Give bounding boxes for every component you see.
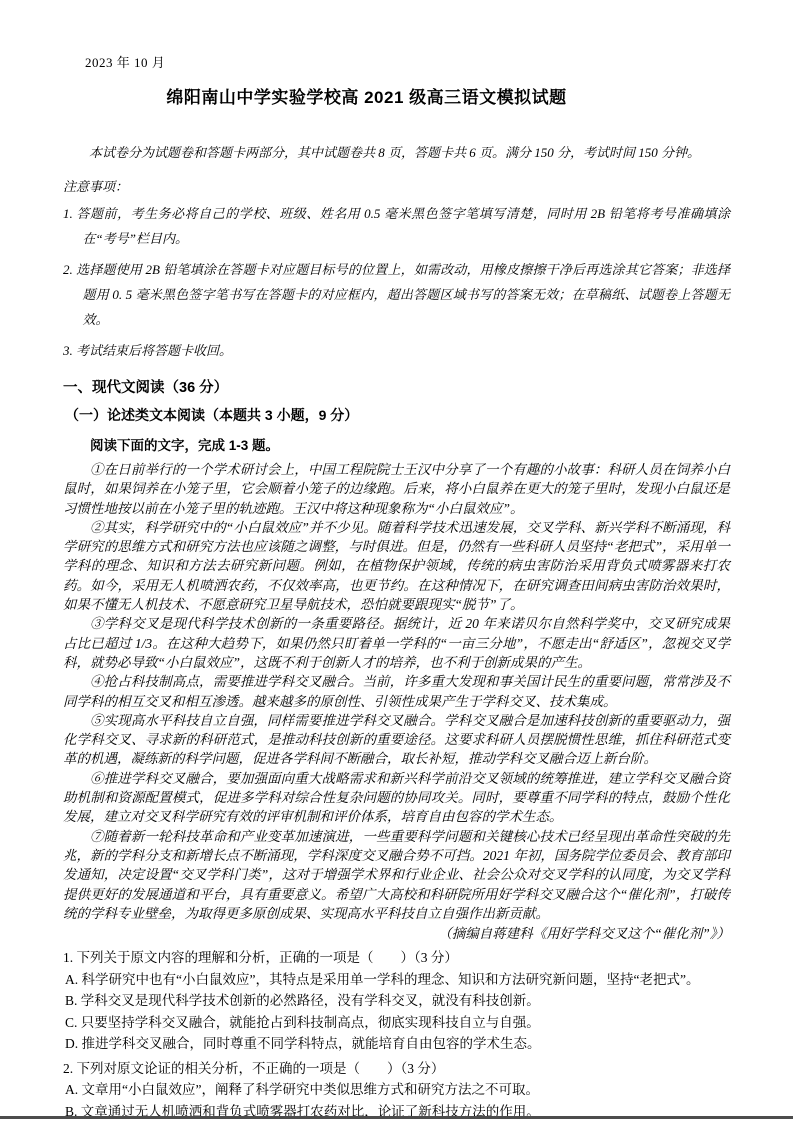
page-bottom-edge bbox=[0, 1116, 793, 1119]
passage-attribution: （摘编自蒋建科《用好学科交叉这个“催化剂”》） bbox=[63, 924, 730, 943]
notice-heading: 注意事项： bbox=[63, 176, 730, 195]
section-heading-modern-reading: 一、现代文阅读（36 分） bbox=[63, 376, 730, 397]
notice-item-2: 2. 选择题使用 2B 铅笔填涂在答题卡对应题目标号的位置上，如需改动，用橡皮擦… bbox=[63, 257, 730, 332]
question-2-stem: 2. 下列对原文论证的相关分析，不正确的一项是（ ）（3 分） bbox=[63, 1058, 730, 1080]
passage-paragraph-2: ②其实，科学研究中的“小白鼠效应”并不少见。随着科学技术迅速发展，交叉学科、新兴… bbox=[63, 518, 730, 614]
question-1-stem: 1. 下列关于原文内容的理解和分析，正确的一项是（ ）（3 分） bbox=[63, 947, 730, 969]
reading-passage: ①在日前举行的一个学术研讨会上，中国工程院院士王汉中分享了一个有趣的小故事：科研… bbox=[63, 460, 730, 943]
passage-paragraph-1: ①在日前举行的一个学术研讨会上，中国工程院院士王汉中分享了一个有趣的小故事：科研… bbox=[63, 460, 730, 518]
question-1-option-b: B. 学科交叉是现代科学技术创新的必然路径，没有学科交叉，就没有科技创新。 bbox=[65, 990, 730, 1012]
passage-paragraph-4: ④抢占科技制高点，需要推进学科交叉融合。当前，许多重大发现和事关国计民生的重要问… bbox=[63, 672, 730, 711]
subsection-heading-argumentative-text: （一）论述类文本阅读（本题共 3 小题，9 分） bbox=[65, 405, 730, 425]
question-list: 1. 下列关于原文内容的理解和分析，正确的一项是（ ）（3 分） A. 科学研究… bbox=[63, 947, 730, 1122]
passage-paragraph-3: ③学科交叉是现代科学技术创新的一条重要路径。据统计，近 20 年来诺贝尔自然科学… bbox=[63, 614, 730, 672]
question-1-option-d: D. 推进学科交叉融合，同时尊重不同学科特点，就能培育自由包容的学术生态。 bbox=[65, 1033, 730, 1055]
exam-date: 2023 年 10 月 bbox=[85, 52, 730, 71]
question-2-option-a: A. 文章用“小白鼠效应”，阐释了科学研究中类似思维方式和研究方法之不可取。 bbox=[65, 1079, 730, 1101]
passage-paragraph-6: ⑥推进学科交叉融合，要加强面向重大战略需求和新兴科学前沿交叉领域的统筹推进，建立… bbox=[63, 769, 730, 827]
passage-paragraph-7: ⑦随着新一轮科技革命和产业变革加速演进，一些重要科学问题和关键核心技术已经呈现出… bbox=[63, 827, 730, 923]
exam-intro: 本试卷分为试题卷和答题卡两部分，其中试题卷共 8 页，答题卡共 6 页。满分 1… bbox=[63, 142, 730, 163]
question-1-option-c: C. 只要坚持学科交叉融合，就能抢占到科技制高点，彻底实现科技自立与自强。 bbox=[65, 1012, 730, 1034]
question-1-option-a: A. 科学研究中也有“小白鼠效应”，其特点是采用单一学科的理念、知识和方法研究新… bbox=[65, 969, 730, 991]
notice-item-1: 1. 答题前，考生务必将自己的学校、班级、姓名用 0.5 毫米黑色签字笔填写清楚… bbox=[63, 201, 730, 251]
passage-paragraph-5: ⑤实现高水平科技自立自强，同样需要推进学科交叉融合。学科交叉融合是加速科技创新的… bbox=[63, 711, 730, 769]
notice-item-3: 3. 考试结束后将答题卡收回。 bbox=[63, 338, 730, 363]
reading-instruction: 阅读下面的文字，完成 1-3 题。 bbox=[63, 434, 730, 454]
exam-title: 绵阳南山中学实验学校高 2021 级高三语文模拟试题 bbox=[63, 83, 670, 108]
notice-block: 注意事项： 1. 答题前，考生务必将自己的学校、班级、姓名用 0.5 毫米黑色签… bbox=[63, 176, 730, 363]
exam-page: 2023 年 10 月 绵阳南山中学实验学校高 2021 级高三语文模拟试题 本… bbox=[0, 0, 793, 1122]
